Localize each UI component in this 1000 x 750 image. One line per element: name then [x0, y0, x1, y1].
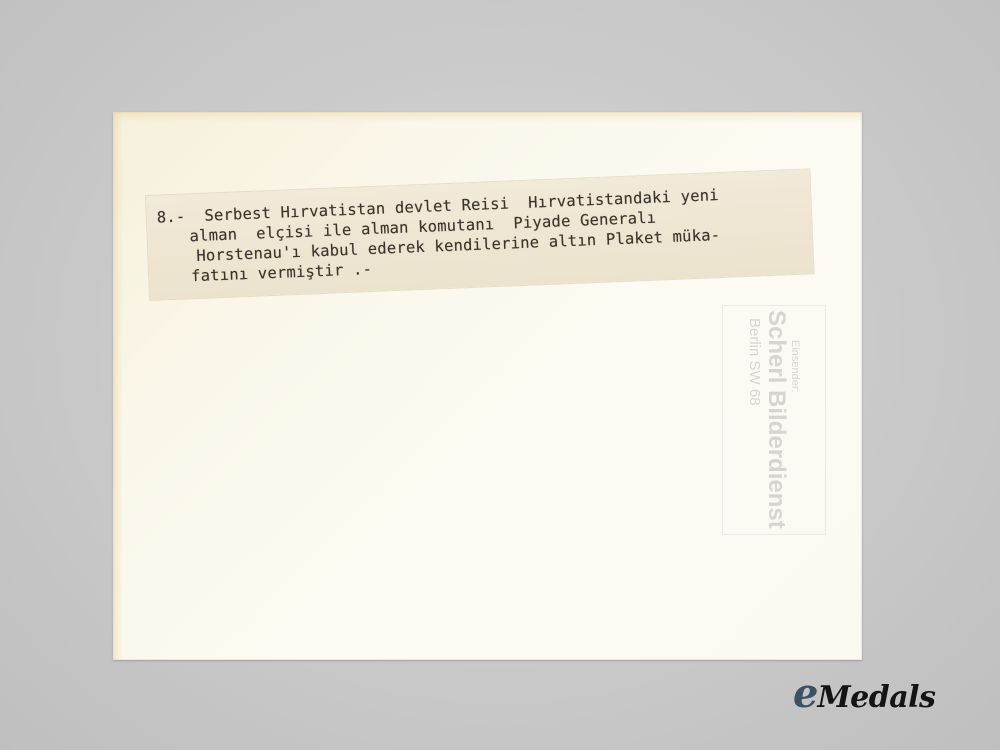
- logo-prefix: e: [793, 676, 817, 712]
- agency-stamp-text: Einsender: Scherl Bilderdienst Berlin SW…: [729, 310, 819, 530]
- stamp-agency: Scherl Bilderdienst: [764, 310, 790, 529]
- stamp-label: Einsender:: [790, 310, 802, 393]
- agency-stamp: Einsender: Scherl Bilderdienst Berlin SW…: [722, 305, 826, 535]
- logo-name: Medals: [817, 680, 935, 716]
- emedals-logo: e Medals: [793, 676, 935, 716]
- stamp-address: Berlin SW 68: [747, 310, 764, 406]
